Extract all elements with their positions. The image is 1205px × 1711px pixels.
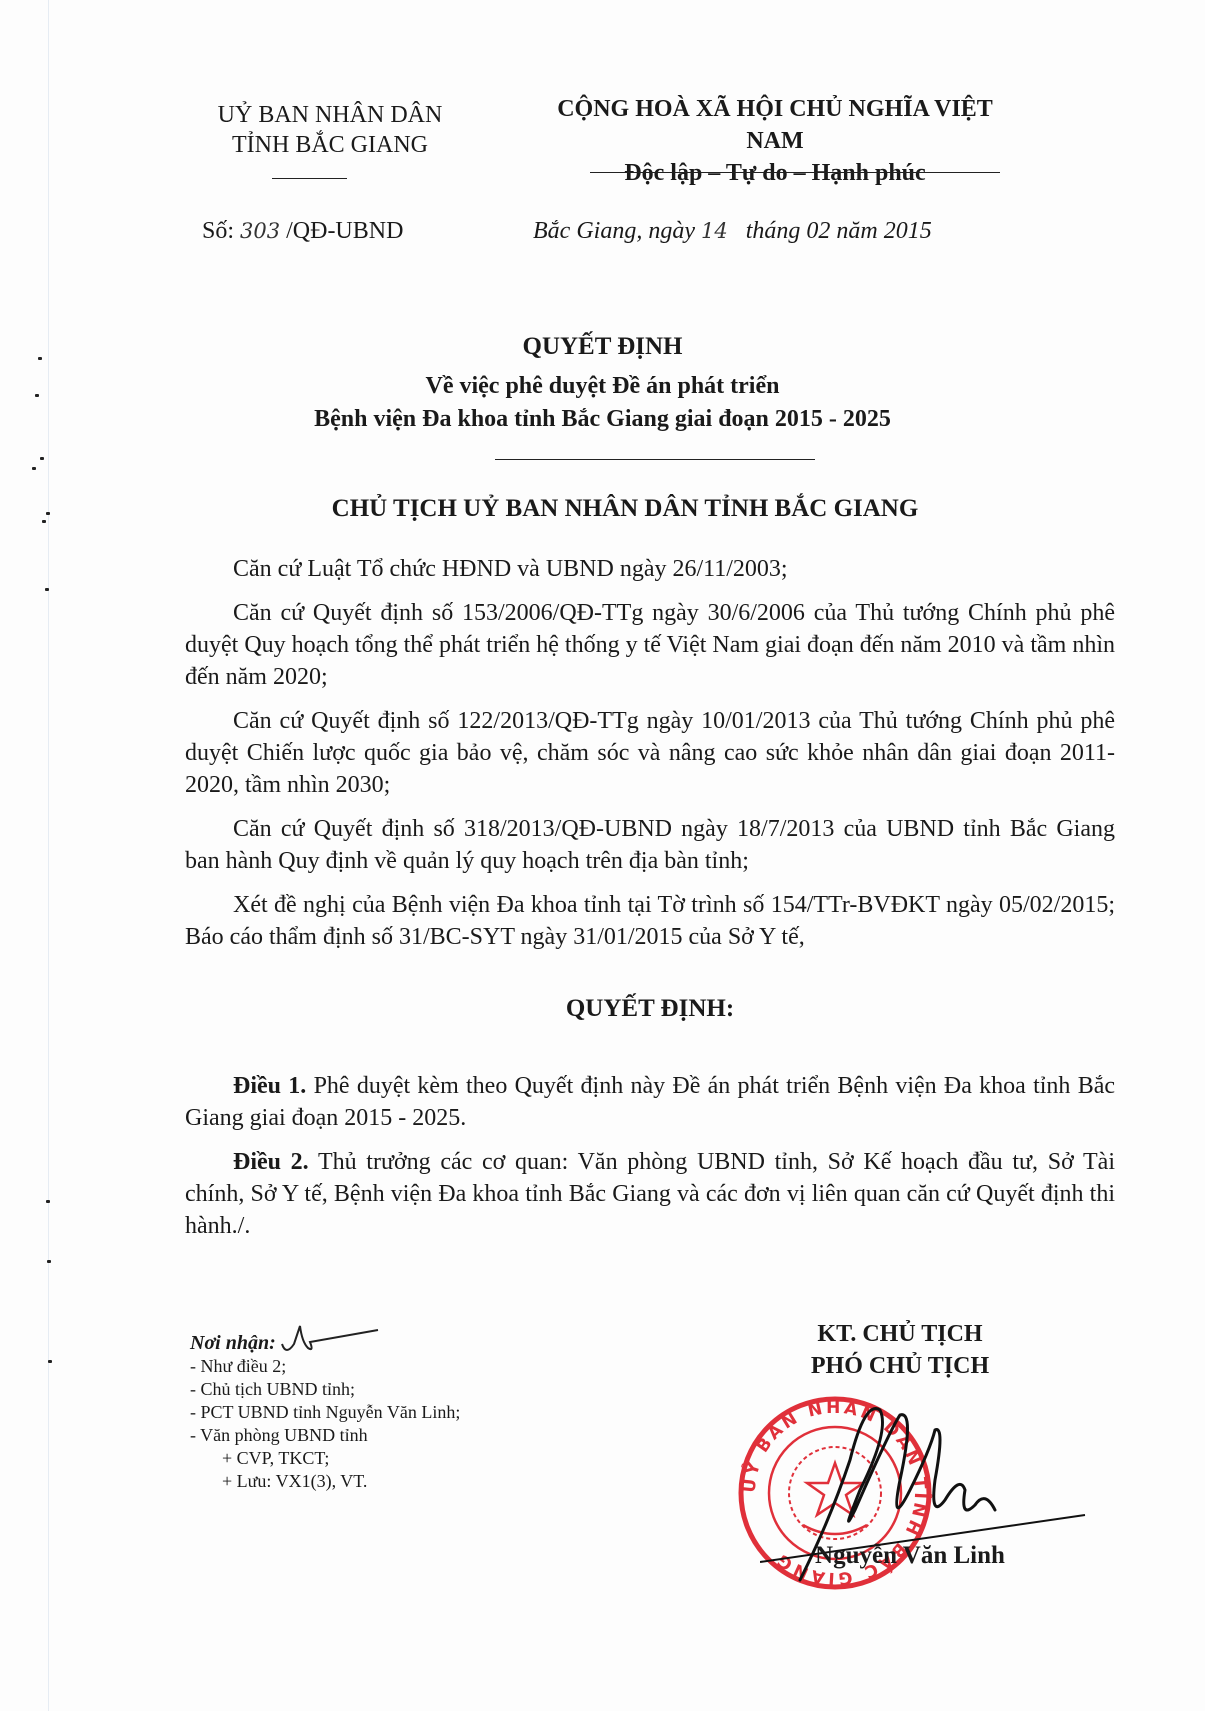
- initials-scribble-icon: [278, 1322, 388, 1362]
- scan-speck: [46, 512, 50, 515]
- preamble-item: Căn cứ Quyết định số 153/2006/QĐ-TTg ngà…: [185, 597, 1115, 693]
- scan-speck: [42, 520, 46, 523]
- national-header: CỘNG HOÀ XÃ HỘI CHỦ NGHĨA VIỆT NAM Độc l…: [535, 93, 1015, 189]
- authority-underline: [272, 178, 347, 179]
- scan-speck: [46, 1200, 50, 1203]
- recipient-item: - Chủ tịch UBND tỉnh;: [190, 1378, 460, 1401]
- motto-underline: [590, 172, 1000, 173]
- preamble-item: Căn cứ Quyết định số 318/2013/QĐ-UBND ng…: [185, 813, 1115, 877]
- article-1: Điều 1. Phê duyệt kèm theo Quyết định nà…: [185, 1070, 1115, 1134]
- date-prefix: Bắc Giang, ngày: [533, 218, 695, 244]
- recipient-sub-item: + Lưu: VX1(3), VT.: [190, 1470, 460, 1493]
- article-1-text: Phê duyệt kèm theo Quyết định này Đề án …: [185, 1073, 1115, 1131]
- national-motto: Độc lập – Tự do – Hạnh phúc: [535, 157, 1015, 189]
- date-day-handwritten: 14: [701, 219, 728, 243]
- authority-line-1: UỶ BAN NHÂN DÂN: [200, 100, 460, 130]
- scan-speck: [47, 1260, 51, 1263]
- date-suffix: tháng 02 năm 2015: [746, 218, 932, 244]
- document-subject: Về việc phê duyệt Đề án phát triển Bệnh …: [0, 370, 1205, 436]
- recipient-sub-item: + CVP, TKCT;: [190, 1447, 460, 1470]
- article-2: Điều 2. Thủ trưởng các cơ quan: Văn phòn…: [185, 1146, 1115, 1242]
- scan-speck: [32, 467, 36, 470]
- preamble-item: Căn cứ Luật Tổ chức HĐND và UBND ngày 26…: [185, 553, 1115, 585]
- document-number: Số: 303 /QĐ-UBND: [202, 218, 403, 245]
- decision-heading: QUYẾT ĐỊNH:: [185, 993, 1115, 1025]
- preamble-item: Xét đề nghị của Bệnh viện Đa khoa tỉnh t…: [185, 889, 1115, 953]
- issue-date: Bắc Giang, ngày 14 tháng 02 năm 2015: [533, 218, 932, 245]
- number-handwritten: 303: [240, 219, 280, 243]
- article-1-label: Điều 1.: [233, 1073, 306, 1099]
- signature-line-1: KT. CHỦ TỊCH: [770, 1318, 1030, 1350]
- document-title: QUYẾT ĐỊNH: [0, 333, 1205, 361]
- scan-margin-line: [48, 0, 49, 1711]
- recipient-item: - PCT UBND tỉnh Nguyễn Văn Linh;: [190, 1401, 460, 1424]
- number-suffix: /QĐ-UBND: [286, 218, 403, 244]
- issuer-heading: CHỦ TỊCH UỶ BAN NHÂN DÂN TỈNH BẮC GIANG: [270, 495, 980, 523]
- authority-line-2: TỈNH BẮC GIANG: [200, 130, 460, 160]
- title-underline: [495, 459, 815, 460]
- document-page: UỶ BAN NHÂN DÂN TỈNH BẮC GIANG CỘNG HOÀ …: [0, 0, 1205, 1711]
- number-prefix: Số:: [202, 218, 234, 244]
- signer-name: Nguyễn Văn Linh: [780, 1542, 1040, 1570]
- scan-speck: [48, 1360, 52, 1363]
- scan-speck: [40, 457, 44, 460]
- recipient-item: - Văn phòng UBND tỉnh: [190, 1424, 460, 1447]
- subject-line-1: Về việc phê duyệt Đề án phát triển: [0, 370, 1205, 403]
- issuing-authority: UỶ BAN NHÂN DÂN TỈNH BẮC GIANG: [200, 100, 460, 160]
- nation-name: CỘNG HOÀ XÃ HỘI CHỦ NGHĨA VIỆT NAM: [535, 93, 1015, 157]
- scan-speck: [45, 588, 49, 591]
- article-2-text: Thủ trưởng các cơ quan: Văn phòng UBND t…: [185, 1149, 1115, 1239]
- preamble-item: Căn cứ Quyết định số 122/2013/QĐ-TTg ngà…: [185, 705, 1115, 801]
- document-body: Căn cứ Luật Tổ chức HĐND và UBND ngày 26…: [185, 553, 1115, 1254]
- subject-line-2: Bệnh viện Đa khoa tỉnh Bắc Giang giai đo…: [0, 403, 1205, 436]
- article-2-label: Điều 2.: [233, 1149, 309, 1175]
